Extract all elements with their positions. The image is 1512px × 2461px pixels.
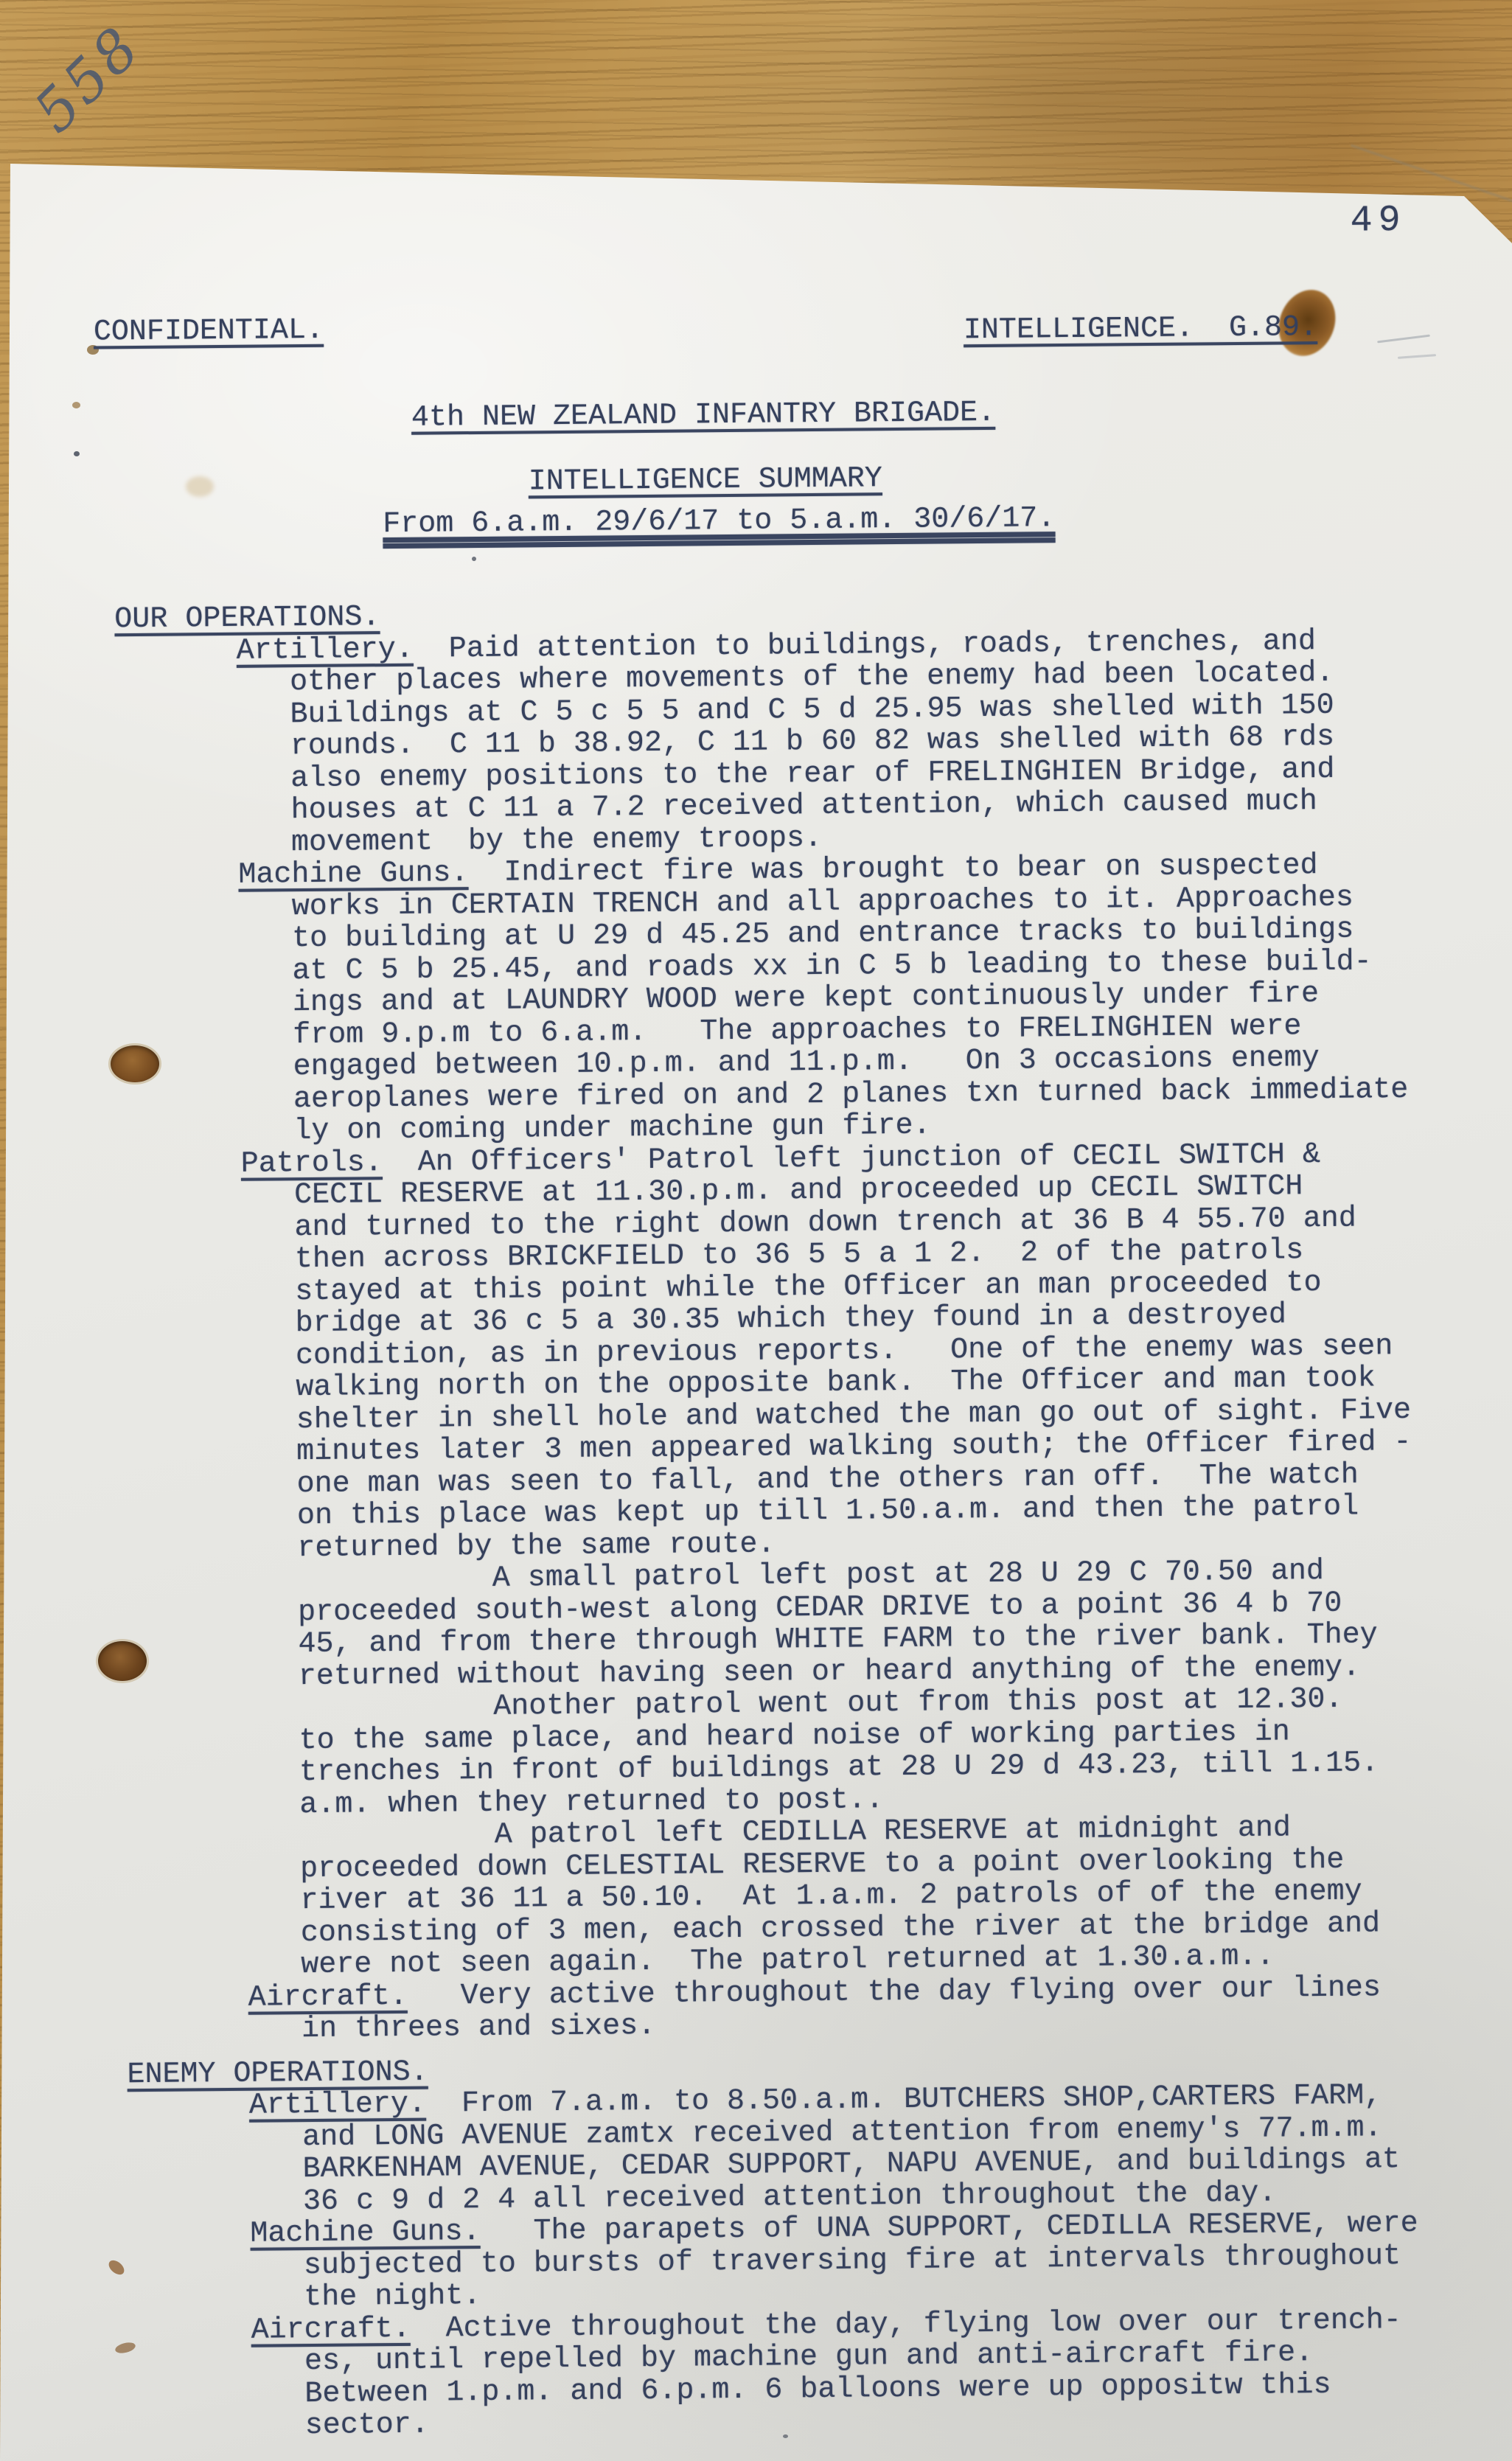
classification-label: CONFIDENTIAL. [94,315,324,349]
paragraph-label: Machine Guns. [250,2215,480,2251]
paragraph-text: An Officers' Patrol left junction of CEC… [241,1138,1412,1566]
paragraph-label: Aircraft. [248,1980,407,2014]
document-body: OUR OPERATIONS. Artillery. Paid attentio… [114,592,1509,2444]
typewritten-content: 558 49 CONFIDENTIAL. INTELLIGENCE. G.89.… [0,0,1512,2461]
handwritten-archive-number: 558 [34,26,142,133]
paragraph-text: Indirect fire was brought to bear on sus… [239,849,1409,1149]
paragraph-patrol-cedilla-reserve: A patrol left CEDILLA RESERVE at midnigh… [247,1811,1505,1982]
paragraph-text: A patrol left CEDILLA RESERVE at midnigh… [247,1811,1381,1982]
paragraph-enemy-aircraft: Aircraft. Active throughout the day, fly… [251,2303,1508,2443]
paragraph-text: Another patrol went out from this post a… [245,1683,1379,1822]
date-range: From 6.a.m. 29/6/17 to 5.a.m. 30/6/17. [383,503,1056,540]
paragraph-enemy-artillery: Artillery. From 7.a.m. to 8.50.a.m. BUTC… [249,2079,1507,2218]
paragraph-patrol-cedar-drive: A small patrol left post at 28 U 29 C 70… [245,1554,1502,1694]
summary-title: INTELLIGENCE SUMMARY [529,463,882,498]
paragraph-enemy-machine-guns: Machine Guns. The parapets of UNA SUPPOR… [250,2207,1508,2314]
paragraph-text: A small patrol left post at 28 U 29 C 70… [245,1555,1378,1694]
paragraph-text: Active throughout the day, flying low ov… [251,2304,1401,2443]
paragraph-patrol-working-parties: Another patrol went out from this post a… [245,1682,1503,1822]
paragraph-our-aircraft: Aircraft. Very active throughout the day… [248,1971,1505,2046]
page-number: 49 [1351,205,1407,237]
paragraph-label: Aircraft. [251,2312,410,2347]
paragraph-our-machine-guns: Machine Guns. Indirect fire was brought … [238,849,1497,1148]
paragraph-label: Artillery. [249,2088,426,2123]
paragraph-text: Very active throughout the day flying ov… [248,1971,1381,2047]
paragraph-label: Patrols. [241,1146,383,1181]
paragraph-label: Machine Guns. [238,857,468,892]
paragraph-our-patrols: Patrols. An Officers' Patrol left juncti… [241,1137,1502,1564]
unit-title: 4th NEW ZEALAND INFANTRY BRIGADE. [411,397,995,434]
paragraph-label: Artillery. [237,633,414,667]
intelligence-reference-label: INTELLIGENCE. G.89. [964,312,1317,347]
paragraph-our-artillery: Artillery. Paid attention to buildings, … [237,624,1496,859]
